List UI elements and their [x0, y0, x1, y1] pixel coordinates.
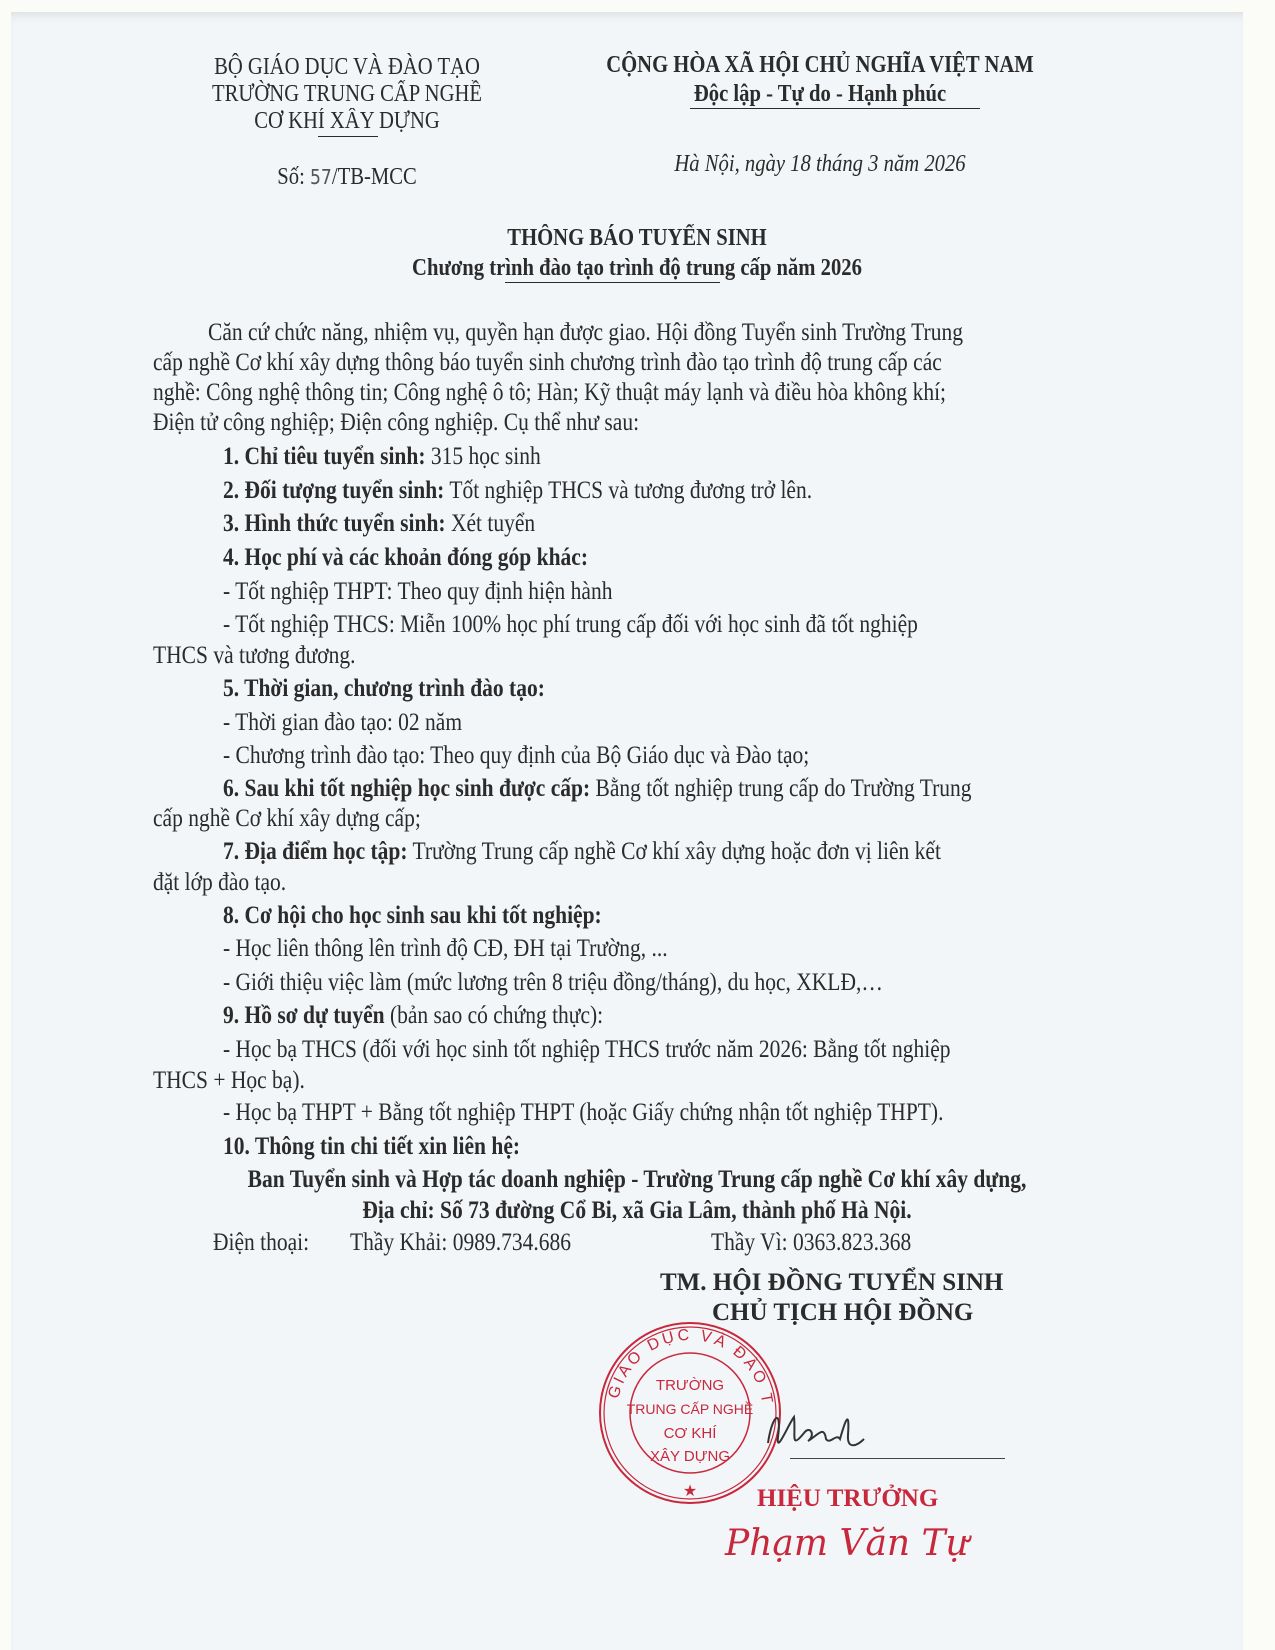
intro-line-2: cấp nghề Cơ khí xây dựng thông báo tuyển…: [153, 350, 942, 375]
intro-line-1: Căn cứ chức năng, nhiệm vụ, quyền hạn đư…: [208, 320, 963, 345]
section-9: 9. Hồ sơ dự tuyển (bản sao có chứng thực…: [223, 1003, 603, 1028]
intro-line-4: Điện tử công nghiệp; Điện công nghiệp. C…: [153, 410, 639, 435]
svg-text:★: ★: [683, 1481, 697, 1500]
contact-address: Địa chỉ: Số 73 đường Cổ Bi, xã Gia Lâm, …: [207, 1198, 1067, 1223]
section-7-cont: đặt lớp đào tạo.: [153, 870, 286, 895]
section-6-cont: cấp nghề Cơ khí xây dựng cấp;: [153, 806, 421, 831]
section-1: 1. Chỉ tiêu tuyển sinh: 315 học sinh: [223, 444, 541, 469]
signer-role: HIỆU TRƯỞNG: [757, 1486, 938, 1511]
section-8-item-1: - Học liên thông lên trình độ CĐ, ĐH tại…: [223, 936, 668, 961]
section-7: 7. Địa điểm học tập: Trường Trung cấp ng…: [223, 839, 941, 864]
section-9-item-2: - Học bạ THPT + Bằng tốt nghiệp THPT (ho…: [223, 1100, 943, 1125]
handwritten-signature: [760, 1395, 870, 1465]
section-5-item-2: - Chương trình đào tạo: Theo quy định củ…: [223, 743, 809, 768]
section-8-label: 8. Cơ hội cho học sinh sau khi tốt nghiệ…: [223, 903, 602, 928]
section-9-item-1-cont: THCS + Học bạ).: [153, 1068, 305, 1093]
school-name-line1: TRƯỜNG TRUNG CẤP NGHỀ: [166, 82, 527, 106]
svg-text:TRƯỜNG: TRƯỜNG: [656, 1377, 724, 1394]
section-3: 3. Hình thức tuyển sinh: Xét tuyển: [223, 511, 535, 536]
number-value: 57: [310, 165, 332, 189]
place-date: Hà Nội, ngày 18 tháng 3 năm 2026: [571, 152, 1070, 176]
section-7-label: 7. Địa điểm học tập:: [223, 838, 408, 865]
section-4-label: 4. Học phí và các khoản đóng góp khác:: [223, 545, 588, 570]
section-7-text: Trường Trung cấp nghề Cơ khí xây dựng ho…: [408, 838, 941, 865]
section-5-item-1: - Thời gian đào tạo: 02 năm: [223, 710, 462, 735]
left-header-underline: [318, 136, 378, 137]
section-5-label: 5. Thời gian, chương trình đào tạo:: [223, 676, 545, 701]
signer-name: Phạm Văn Tự: [725, 1526, 969, 1562]
section-2: 2. Đối tượng tuyển sinh: Tốt nghiệp THCS…: [223, 478, 812, 503]
section-2-label: 2. Đối tượng tuyển sinh:: [223, 477, 444, 504]
contact-org: Ban Tuyển sinh và Hợp tác doanh nghiệp -…: [207, 1167, 1067, 1192]
section-6-text: Bằng tốt nghiệp trung cấp do Trường Trun…: [590, 775, 971, 802]
section-6: 6. Sau khi tốt nghiệp học sinh được cấp:…: [223, 776, 972, 801]
section-8-item-2: - Giới thiệu việc làm (mức lương trên 8 …: [223, 970, 883, 995]
section-3-text: Xét tuyển: [446, 510, 536, 537]
official-stamp: BỘ GIÁO DỤC VÀ ĐÀO TẠO TRƯỜNG TRUNG CẤP …: [597, 1318, 783, 1508]
notice-subtitle: Chương trình đào tạo trình độ trung cấp …: [207, 256, 1067, 280]
contact-phone-1: Thầy Khải: 0989.734.686: [350, 1230, 571, 1255]
school-name-line2: CƠ KHÍ XÂY DỰNG: [166, 109, 527, 133]
svg-text:BỘ GIÁO DỤC VÀ ĐÀO TẠO: BỘ GIÁO DỤC VÀ ĐÀO TẠO: [597, 1318, 776, 1407]
section-4-item-1: - Tốt nghiệp THPT: Theo quy định hiện hà…: [223, 579, 612, 604]
number-suffix: /TB-MCC: [332, 164, 417, 190]
notice-title: THÔNG BÁO TUYỂN SINH: [207, 226, 1067, 250]
ministry-name: BỘ GIÁO DỤC VÀ ĐÀO TẠO: [166, 55, 527, 79]
section-4-item-2: - Tốt nghiệp THCS: Miễn 100% học phí tru…: [223, 612, 918, 637]
national-motto: Độc lập - Tự do - Hạnh phúc: [571, 82, 1070, 106]
section-9-label: 9. Hồ sơ dự tuyển: [223, 1002, 385, 1029]
motto-underline: [690, 108, 980, 109]
section-9-item-1: - Học bạ THCS (đối với học sinh tốt nghi…: [223, 1037, 951, 1062]
document-number: Số: 57/TB-MCC: [166, 165, 527, 189]
section-10-label: 10. Thông tin chi tiết xin liên hệ:: [223, 1134, 520, 1159]
svg-text:CƠ KHÍ: CƠ KHÍ: [664, 1425, 718, 1442]
section-3-label: 3. Hình thức tuyển sinh:: [223, 510, 446, 537]
section-2-text: Tốt nghiệp THCS và tương đương trở lên.: [444, 477, 812, 504]
country-name: CỘNG HÒA XÃ HỘI CHỦ NGHĨA VIỆT NAM: [571, 53, 1070, 77]
signature-line: [790, 1458, 1005, 1459]
intro-line-3: nghề: Công nghệ thông tin; Công nghệ ô t…: [153, 380, 946, 405]
section-1-text: 315 học sinh: [426, 443, 541, 470]
contact-phone-label: Điện thoại:: [213, 1230, 309, 1255]
section-1-label: 1. Chỉ tiêu tuyển sinh:: [223, 443, 426, 470]
section-6-label: 6. Sau khi tốt nghiệp học sinh được cấp:: [223, 775, 590, 802]
contact-phone-2: Thầy Vì: 0363.823.368: [711, 1230, 911, 1255]
svg-text:TRUNG CẤP NGHỀ: TRUNG CẤP NGHỀ: [627, 1401, 754, 1417]
section-9-text: (bản sao có chứng thực):: [385, 1002, 604, 1029]
signature-line-1: TM. HỘI ĐỒNG TUYỂN SINH: [660, 1270, 1003, 1295]
section-4-item-2-cont: THCS và tương đương.: [153, 643, 356, 668]
svg-text:XÂY DỰNG: XÂY DỰNG: [650, 1448, 730, 1465]
number-label: Số:: [277, 164, 305, 190]
subtitle-underline: [505, 282, 720, 283]
